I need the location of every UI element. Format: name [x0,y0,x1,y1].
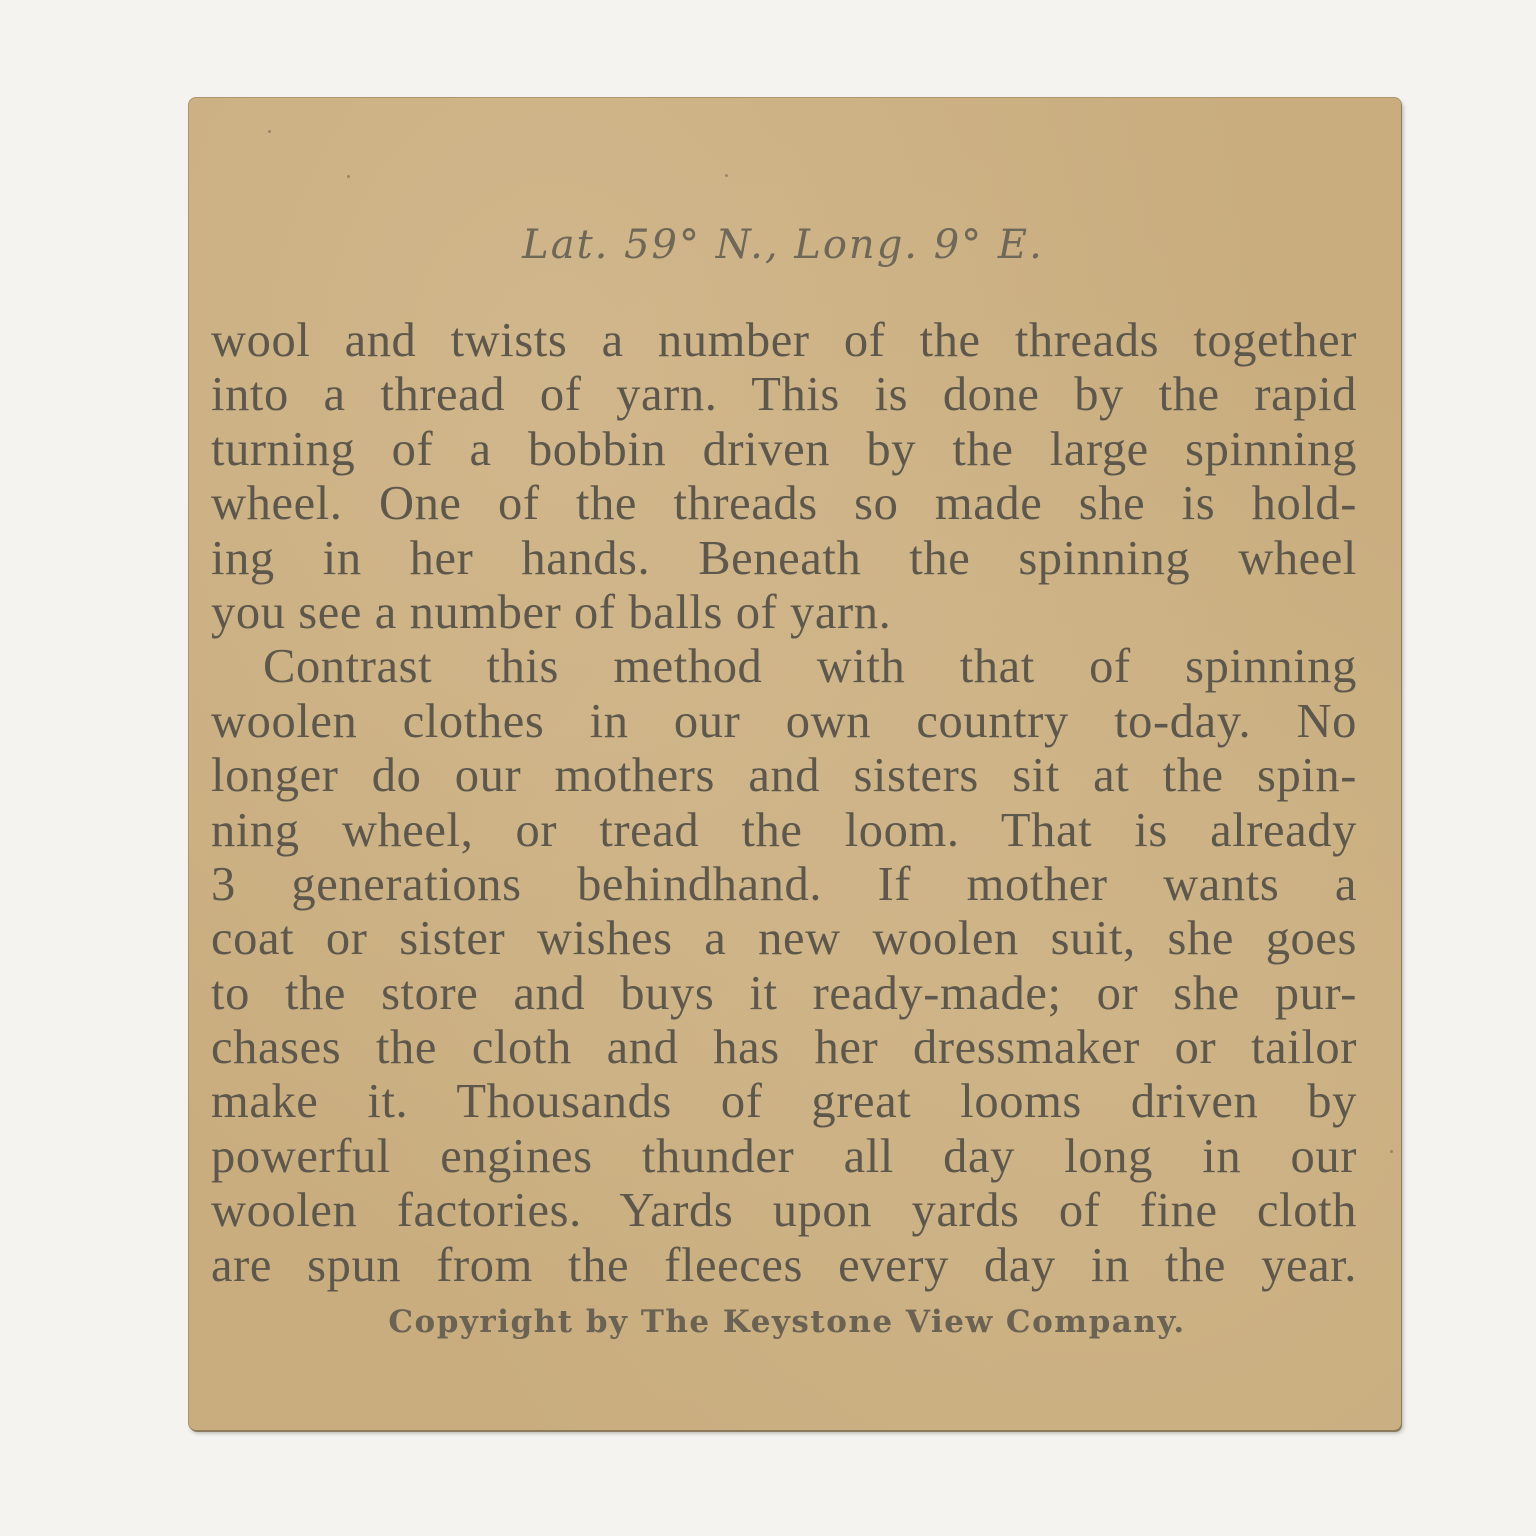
scan-page: Lat. 59° N., Long. 9° E. wool and twists… [0,0,1536,1536]
text-line: make it. Thousands of great looms driven… [211,1075,1357,1129]
text-line: woolen clothes in our own country to-day… [211,695,1357,749]
paper-speck [725,174,728,177]
paper-speck [268,130,271,133]
text-line: ning wheel, or tread the loom. That is a… [211,804,1357,858]
text-line: coat or sister wishes a new woolen suit,… [211,912,1357,966]
text-line: wheel. One of the threads so made she is… [211,477,1357,531]
text-line: Contrast this method with that of spinni… [211,640,1357,694]
description-text: wool and twists a number of the threads … [211,314,1357,1293]
text-line: longer do our mothers and sisters sit at… [211,749,1357,803]
paper-speck [347,175,350,178]
paper-speck [1390,1150,1393,1153]
text-line: to the store and buys it ready-made; or … [211,967,1357,1021]
text-line: you see a number of balls of yarn. [211,586,1357,640]
text-line: powerful engines thunder all day long in… [211,1130,1357,1184]
text-line: are spun from the fleeces every day in t… [211,1239,1357,1293]
text-line: ing in her hands. Beneath the spinning w… [211,532,1357,586]
text-line: chases the cloth and has her dressmaker … [211,1021,1357,1075]
text-line: wool and twists a number of the threads … [211,314,1357,368]
text-line: 3 generations behindhand. If mother want… [211,858,1357,912]
coordinates-header: Lat. 59° N., Long. 9° E. [0,222,1536,268]
copyright-notice: Copyright by The Keystone View Company. [0,1304,1536,1340]
text-line: woolen factories. Yards upon yards of fi… [211,1184,1357,1238]
text-line: turning of a bobbin driven by the large … [211,423,1357,477]
text-line: into a thread of yarn. This is done by t… [211,368,1357,422]
